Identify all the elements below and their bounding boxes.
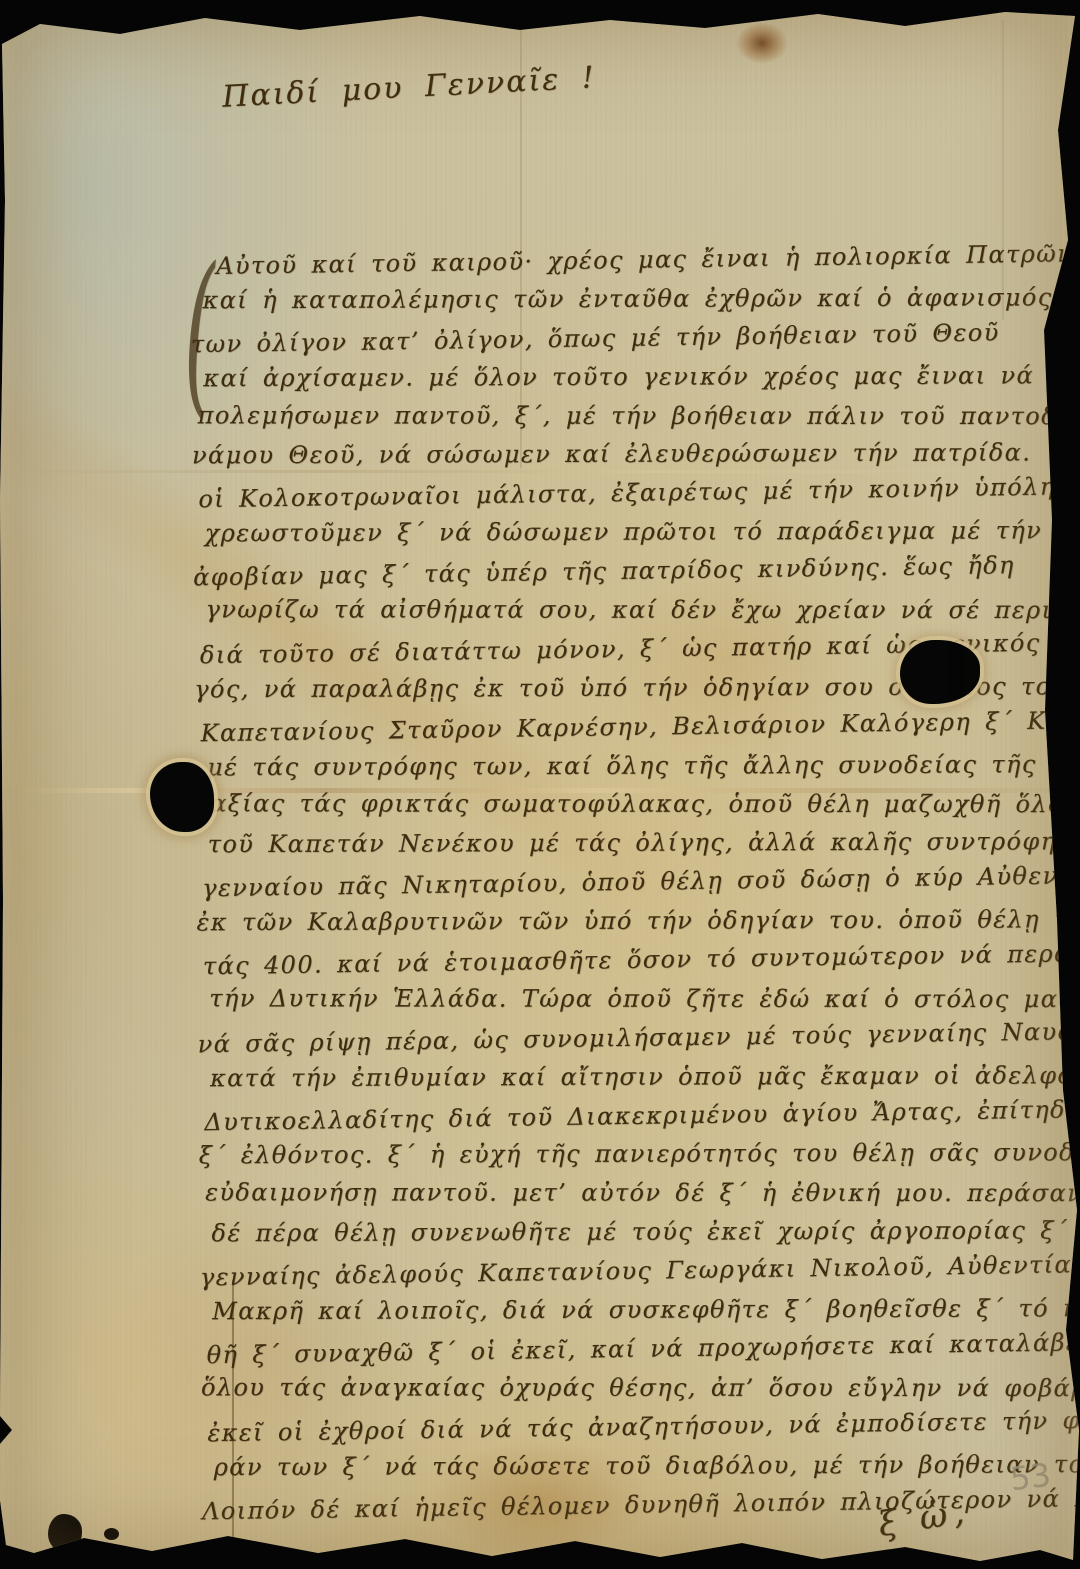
letter-line: τάς 400. καί νά ἑτοιμασθῆτε ὅσον τό συντ…: [203, 939, 1080, 991]
letter-salutation: Παιδί μου Γενναῖε !: [221, 60, 596, 115]
scanned-letter-screenshot: { "letter": { "salutation": "Παιδί μου Γ…: [0, 0, 1080, 1569]
letter-line: θῆ ξ΄ συναχθῶ ξ΄ οἱ ἐκεῖ, καί νά προχωρή…: [206, 1328, 1080, 1380]
ink-spot-stain: [736, 22, 788, 64]
paper-hole: [48, 1514, 82, 1552]
letter-line: ὅλου τάς ἀναγκαίας ὀχυράς θέσης, ἀπ’ ὅσο…: [201, 1373, 1080, 1413]
letter-body: Αὐτοῦ καί τοῦ καιροῦ· χρέος μας ἔιναι ἡ …: [196, 242, 1080, 1534]
archive-page-number: 53: [1008, 1456, 1053, 1499]
paper-hole: [104, 1528, 119, 1540]
letter-line: πολεμήσωμεν παντοῦ, ξ΄, μέ τήν βοήθειαν …: [198, 401, 1078, 441]
letter-line: εὐδαιμονήσῃ παντοῦ. μετ’ αὐτόν δέ ξ΄ ἡ ἐ…: [205, 1179, 1080, 1219]
letter-line: μέ τάς συντρόφης των, καί ὅλης τῆς ἄλλης…: [207, 750, 1080, 792]
letter-line: ξ΄ ἐλθόντος. ξ΄ ἡ εὐχή τῆς πανιερότητός …: [199, 1139, 1080, 1181]
letter-line: ταξίας τάς φρικτάς σωματοφύλακας, ὁποῦ θ…: [195, 790, 1080, 830]
letter-line: γνωρίζω τά αἰσθήματά σου, καί δέν ἔχω χρ…: [206, 595, 1080, 635]
letter-line: καί ἀρχίσαμεν. μέ ὅλον τοῦτο γενικόν χρέ…: [203, 361, 1077, 403]
letter-line: τήν Δυτικήν Ἑλλάδα. Τώρα ὁποῦ ζῆτε ἐδώ κ…: [209, 984, 1080, 1024]
letter-paper-sheet: Παιδί μου Γενναῖε ! ( Αὐτοῦ καί τοῦ καιρ…: [0, 0, 1080, 1569]
